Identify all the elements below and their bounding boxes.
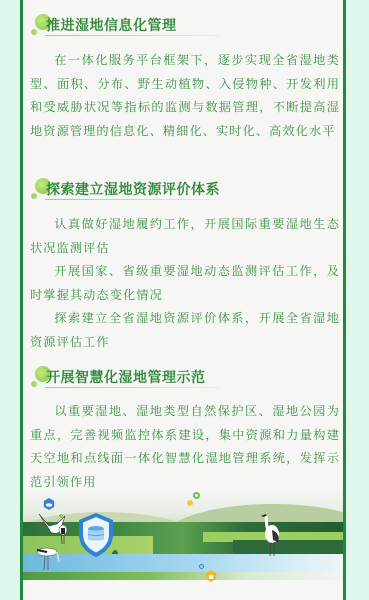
section-body-2: 认真做好湿地履约工作，开展国际重要湿地生态状况监测评估 开展国家、省级重要湿地动… (30, 213, 340, 354)
heading-underline (45, 387, 220, 388)
dot-decoration-icon (31, 193, 37, 199)
stork-standing-icon (258, 512, 288, 558)
paragraph: 以重要湿地、湿地类型自然保护区、湿地公园为重点，完善视频监控体系建设，集中资源和… (30, 400, 340, 494)
dot-decoration-icon (31, 381, 37, 387)
shield-database-icon (77, 512, 115, 558)
crane-standing-icon (35, 544, 65, 574)
paragraph: 认真做好湿地履约工作，开展国际重要湿地生态状况监测评估 (30, 213, 340, 260)
heading-text: 开展智慧化湿地管理示范 (46, 367, 206, 387)
bubble-icon (199, 564, 204, 569)
heading-text: 推进湿地信息化管理 (46, 15, 177, 35)
bottom-strip (23, 580, 343, 588)
bubble-icon (187, 500, 193, 506)
paragraph: 开展国家、省级重要湿地动态监测评估工作，及时掌握其动态变化情况 (30, 260, 340, 307)
section-heading-3: 开展智慧化湿地管理示范 (31, 364, 251, 392)
paragraph: 探索建立全省湿地资源评价体系，开展全省湿地资源评估工作 (30, 307, 340, 354)
section-body-3: 以重要湿地、湿地类型自然保护区、湿地公园为重点，完善视频监控体系建设，集中资源和… (30, 400, 340, 494)
lock-hexagon-icon (205, 570, 217, 582)
dot-decoration-icon (31, 29, 37, 35)
paragraph: 在一体化服务平台框架下，逐步实现全省湿地类型、面积、分布、野生动植物、入侵物种、… (30, 49, 340, 143)
section-heading-2: 探索建立湿地资源评价体系 (31, 176, 251, 204)
section-heading-1: 推进湿地信息化管理 (31, 12, 251, 40)
wetland-illustration (23, 492, 343, 588)
heading-text: 探索建立湿地资源评价体系 (46, 179, 220, 199)
section-body-1: 在一体化服务平台框架下，逐步实现全省湿地类型、面积、分布、野生动植物、入侵物种、… (30, 49, 340, 143)
bubble-icon (193, 492, 200, 499)
heading-underline (45, 35, 220, 36)
content-card: 推进湿地信息化管理 在一体化服务平台框架下，逐步实现全省湿地类型、面积、分布、野… (20, 0, 346, 600)
heading-underline (45, 199, 220, 200)
cloud-hexagon-icon (43, 498, 55, 510)
